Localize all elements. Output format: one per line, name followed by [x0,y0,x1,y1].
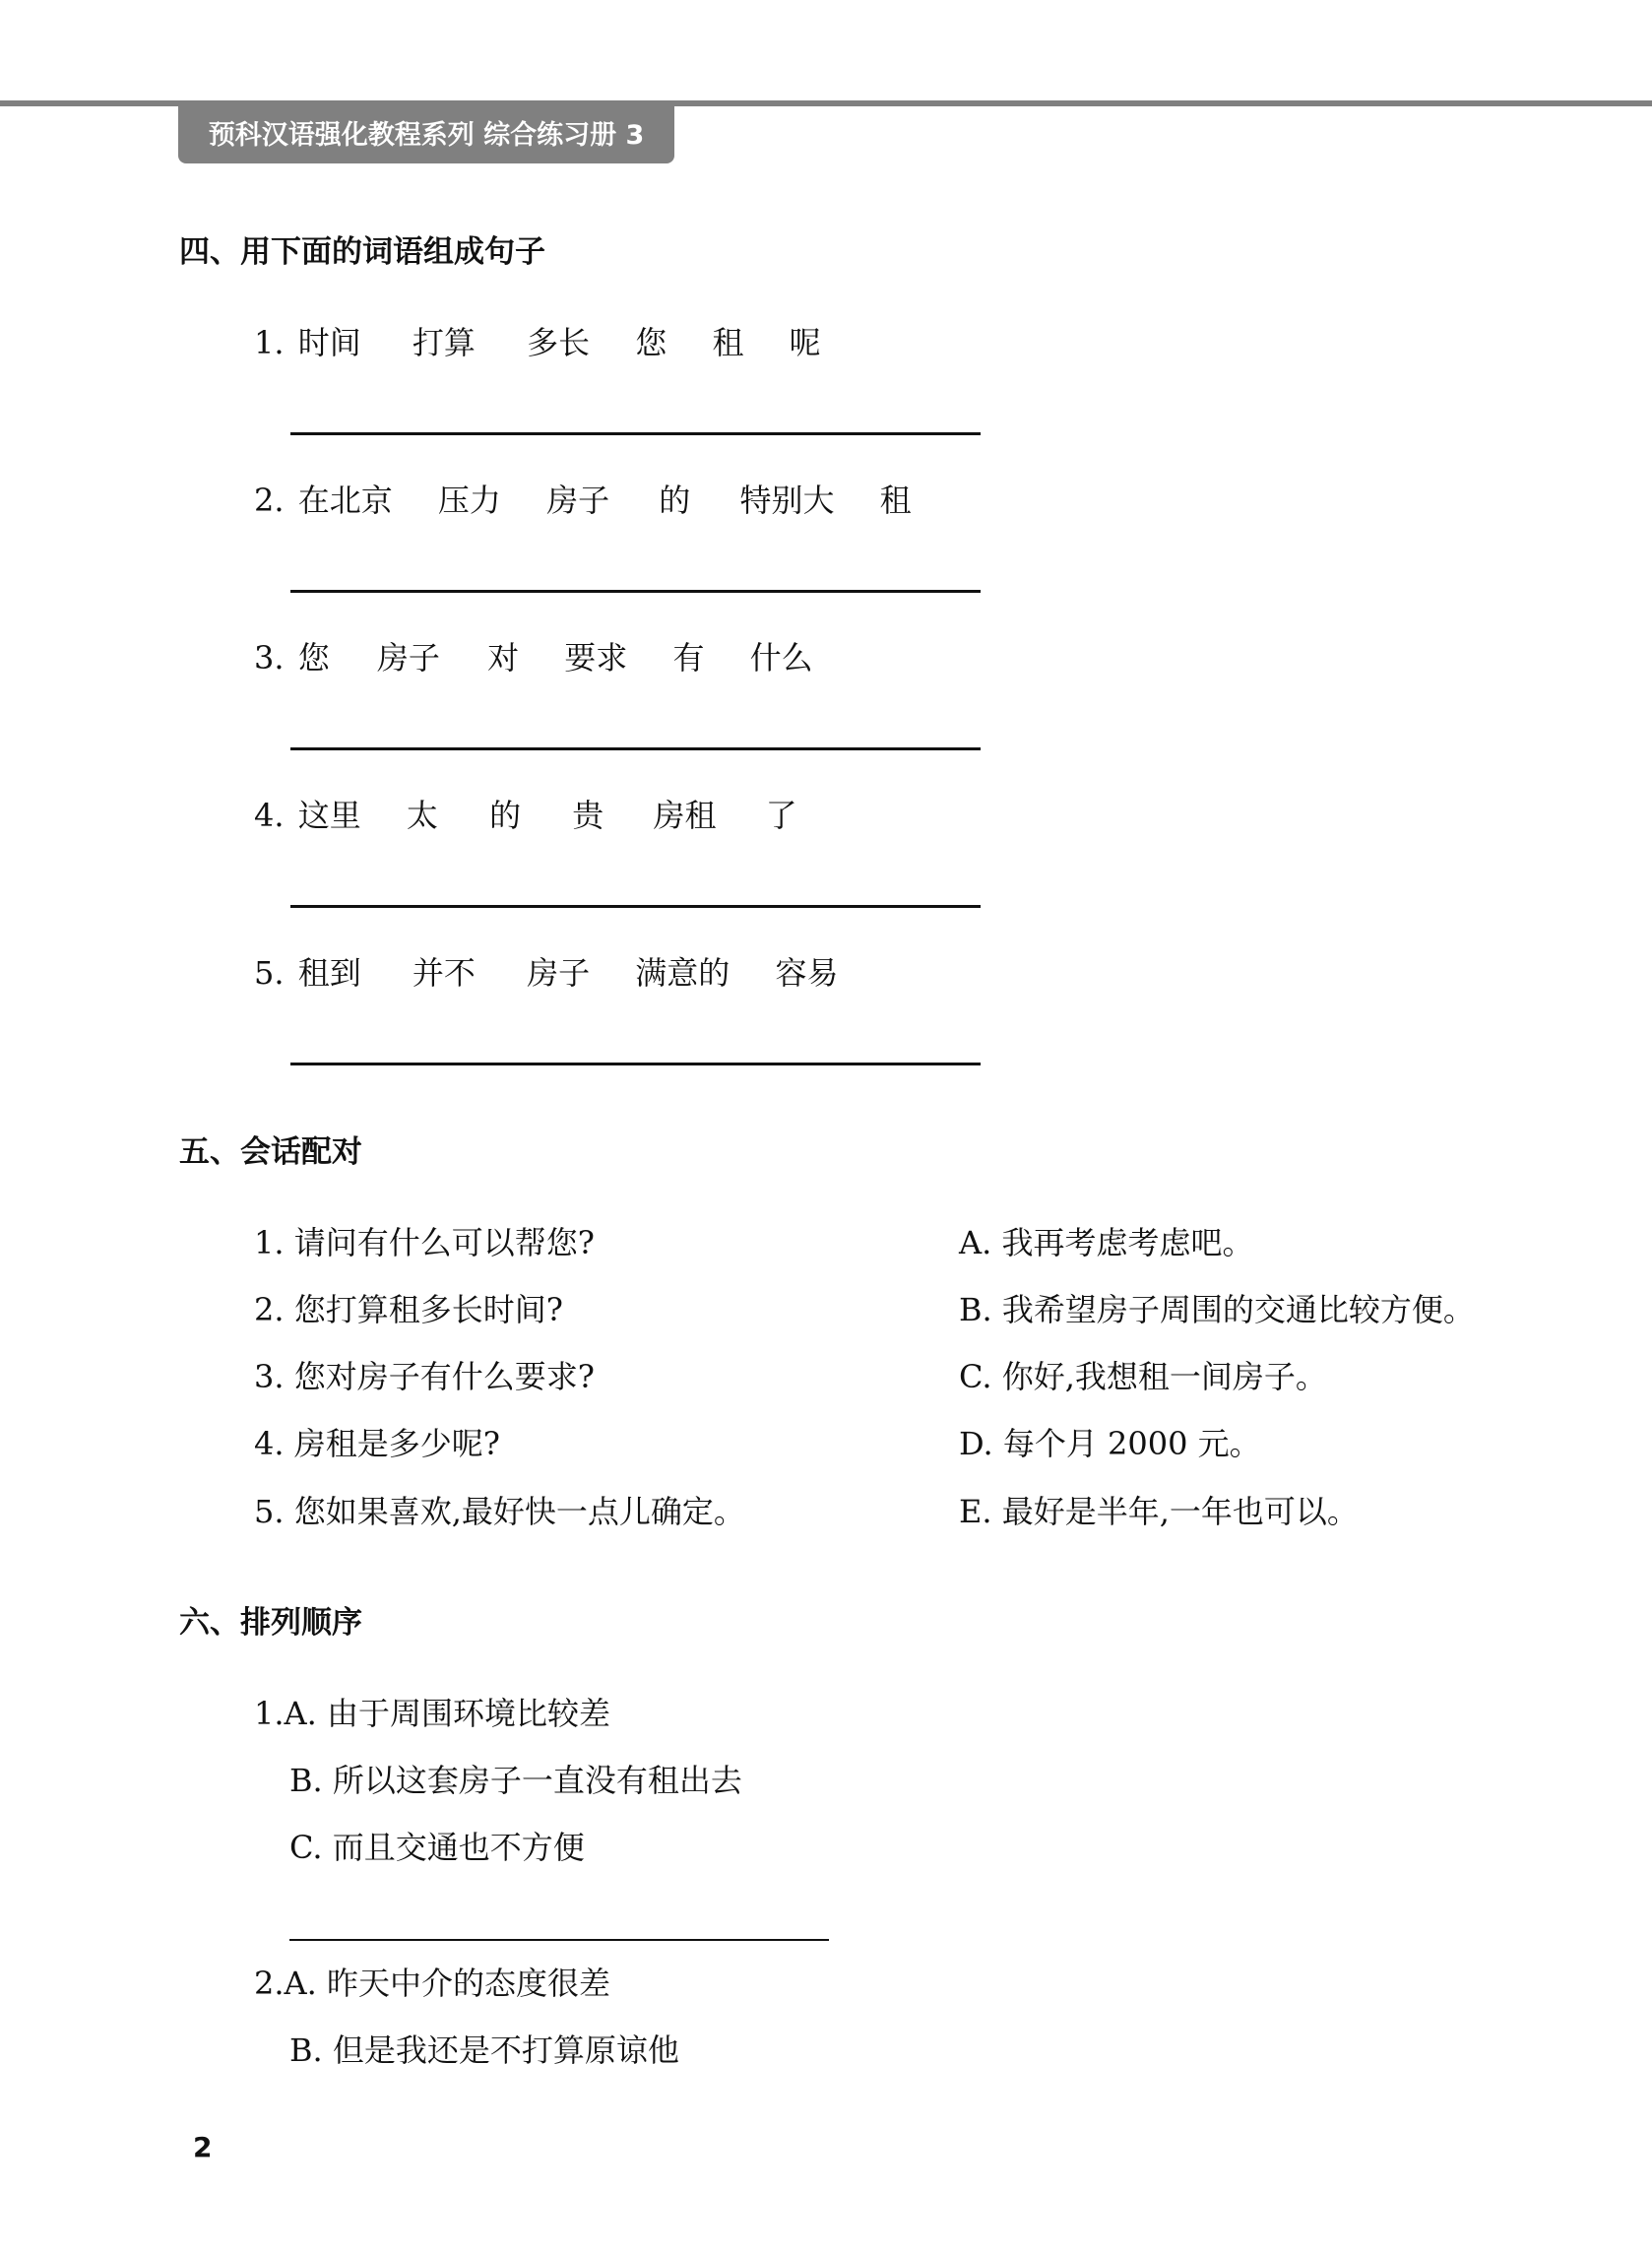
book-series-title: 预科汉语强化教程系列 综合练习册 3 [209,113,645,152]
section-4-item-3: 3. 您 房子 对 要求 有 什么 [254,636,813,679]
item-number: 1. [254,1692,285,1735]
word: 在北京 [298,479,393,522]
ordering-group-2-line-b: B. 但是我还是不打算原谅他 [289,2029,679,2072]
word: 太 [407,794,438,837]
word: 贵 [572,794,604,837]
word: 时间 [298,321,361,364]
answer-line-1[interactable] [290,432,981,435]
ordering-group-1-line-b: B. 所以这套房子一直没有租出去 [289,1759,742,1802]
word: 压力 [438,479,501,522]
ordering-answer-line-1[interactable] [289,1939,829,1941]
dialogue-answer-e: E. 最好是半年,一年也可以。 [959,1490,1359,1533]
book-series-tab: 预科汉语强化教程系列 综合练习册 3 [178,100,674,163]
word: 这里 [298,794,361,837]
item-number: 1. [254,321,285,364]
section-4-item-1: 1. 时间 打算 多长 您 租 呢 [254,321,821,364]
word: 并不 [413,951,476,995]
answer-line-3[interactable] [290,747,981,750]
clause: A. 昨天中介的态度很差 [285,1965,610,2002]
clause: A. 由于周围环境比较差 [285,1695,610,1732]
word: 打算 [413,321,476,364]
word: 多长 [527,321,590,364]
dialogue-question-1: 1. 请问有什么可以帮您? [254,1221,595,1264]
item-number: 4. [254,794,285,837]
section-6-heading: 六、排列顺序 [179,1603,362,1643]
word: 您 [635,321,667,364]
section-4-heading: 四、用下面的词语组成句子 [179,232,545,272]
dialogue-question-4: 4. 房租是多少呢? [254,1422,500,1465]
ordering-group-1-line-a: 1.A. 由于周围环境比较差 [254,1692,610,1735]
word: 房子 [546,479,609,522]
word: 什么 [750,636,813,679]
word: 的 [659,479,690,522]
page-number: 2 [193,2131,212,2163]
word: 呢 [790,321,821,364]
answer-line-2[interactable] [290,590,981,593]
dialogue-question-2: 2. 您打算租多长时间? [254,1288,563,1331]
word: 有 [672,636,704,679]
section-5-heading: 五、会话配对 [179,1132,362,1172]
item-number: 5. [254,951,285,995]
dialogue-answer-b: B. 我希望房子周围的交通比较方便。 [959,1288,1475,1331]
word: 要求 [564,636,627,679]
ordering-group-2-line-a: 2.A. 昨天中介的态度很差 [254,1962,610,2005]
item-number: 3. [254,636,285,679]
word: 满意的 [635,951,730,995]
word: 房子 [377,636,440,679]
item-number: 2. [254,1962,285,2005]
word: 房租 [653,794,716,837]
ordering-group-1-line-c: C. 而且交通也不方便 [289,1826,585,1869]
answer-line-4[interactable] [290,905,981,908]
word: 您 [298,636,330,679]
dialogue-answer-d: D. 每个月 2000 元。 [959,1422,1261,1465]
section-4-item-5: 5. 租到 并不 房子 满意的 容易 [254,951,838,995]
section-4-item-4: 4. 这里 太 的 贵 房租 了 [254,794,797,837]
word: 容易 [775,951,838,995]
word: 租到 [298,951,361,995]
item-number: 2. [254,479,285,522]
dialogue-answer-c: C. 你好,我想租一间房子。 [959,1355,1327,1398]
word: 对 [487,636,519,679]
dialogue-question-3: 3. 您对房子有什么要求? [254,1355,595,1398]
word: 租 [712,321,743,364]
word: 特别大 [739,479,834,522]
dialogue-question-5: 5. 您如果喜欢,最好快一点儿确定。 [254,1490,745,1533]
section-4-item-2: 2. 在北京 压力 房子 的 特别大 租 [254,479,912,522]
word: 的 [489,794,521,837]
dialogue-answer-a: A. 我再考虑考虑吧。 [959,1221,1253,1264]
answer-line-5[interactable] [290,1063,981,1065]
word: 房子 [527,951,590,995]
word: 了 [766,794,797,837]
word: 租 [880,479,912,522]
